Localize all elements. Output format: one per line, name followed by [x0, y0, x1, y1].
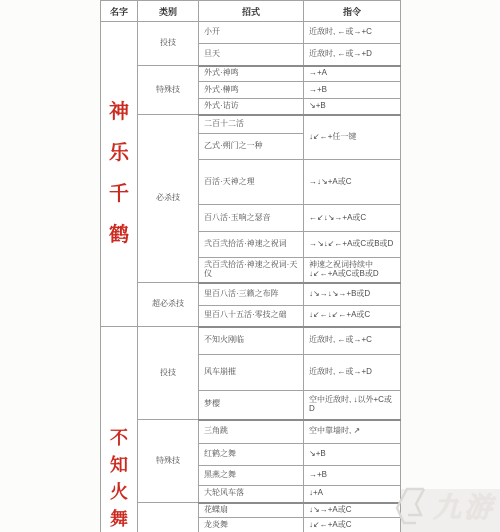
command-cell: ↘+B [304, 99, 401, 115]
move-name-cell: 旦天 [199, 44, 304, 66]
move-row: 超必杀技里百八活·三籁之布阵↓↘→↓↘→+B或D [101, 283, 401, 306]
command-cell: ↓+A [304, 486, 401, 503]
table-header: 名字类别招式指令 [101, 1, 401, 22]
command-cell: ↘+B [304, 444, 401, 466]
move-name-cell: 外式·神鸣 [199, 66, 304, 82]
command-cell: →+B [304, 82, 401, 99]
move-name-cell: 风车崩摧 [199, 355, 304, 391]
move-row: 必杀技二百十二活↓↙←+任一键 [101, 115, 401, 134]
command-cell: 近敌时, ←或→+C [304, 22, 401, 44]
command-cell: ↓↘→+A或C [304, 503, 401, 518]
command-cell: →↘↓↙←+A或C或B或D [304, 232, 401, 258]
character-name: 不知火舞 [104, 425, 134, 532]
move-name-cell: 二百十二活 [199, 115, 304, 134]
command-cell: 空中靠墙时, ↗ [304, 420, 401, 444]
jiuyou-watermark-text: 九游 [433, 486, 495, 526]
command-cell: ↓↘→↓↘→+B或D [304, 283, 401, 306]
jiuyou-logo-icon [395, 487, 429, 525]
command-cell: 神速之祝词持续中↓↙←+A或C或B或D [304, 258, 401, 283]
move-name-cell: 不知火刚临 [199, 327, 304, 355]
column-header-3: 指令 [304, 1, 401, 22]
command-cell: 近敌时, ←或→+C [304, 327, 401, 355]
move-name-cell: 梦樱 [199, 391, 304, 420]
category-cell [138, 503, 199, 532]
jiuyou-watermark: 九游 [395, 486, 495, 526]
command-cell: ↓↙←+任一键 [304, 115, 401, 160]
move-row: 特殊技三角跳空中靠墙时, ↗ [101, 420, 401, 444]
category-cell: 特殊技 [138, 420, 199, 503]
move-name-cell: 弐百弐拾活·神速之祝词·天仪 [199, 258, 304, 283]
category-cell: 必杀技 [138, 115, 199, 283]
move-name-cell: 里百八活·三籁之布阵 [199, 283, 304, 306]
command-cell: →+B [304, 466, 401, 486]
move-name-cell: 黑燕之舞 [199, 466, 304, 486]
command-cell: 近敌时, ←或→+D [304, 355, 401, 391]
command-cell: ←↙↓↘→+A或C [304, 205, 401, 232]
move-name-cell: 百活·天神之理 [199, 160, 304, 205]
category-cell: 投技 [138, 327, 199, 420]
move-name-cell: 外式·榊鸣 [199, 82, 304, 99]
command-cell: →↓↘+A或C [304, 160, 401, 205]
character-name-cell: 不知火舞 [101, 327, 138, 532]
column-header-0: 名字 [101, 1, 138, 22]
move-row: 不知火舞投技不知火刚临近敌时, ←或→+C [101, 327, 401, 355]
move-row: 特殊技外式·神鸣→+A [101, 66, 401, 82]
move-name-cell: 乙式·朔门之一种 [199, 134, 304, 160]
move-name-cell: 红鹤之舞 [199, 444, 304, 466]
move-name-cell: 弐百弐拾活·神速之祝词 [199, 232, 304, 258]
move-name-cell: 里百八十五活·零技之础 [199, 306, 304, 327]
column-header-1: 类别 [138, 1, 199, 22]
move-name-cell: 大轮风车落 [199, 486, 304, 503]
move-name-cell: 花蝶扇 [199, 503, 304, 518]
move-name-cell: 外式·诘访 [199, 99, 304, 115]
header-row: 名字类别招式指令 [101, 1, 401, 22]
move-name-cell: 三角跳 [199, 420, 304, 444]
move-row: 花蝶扇↓↘→+A或C [101, 503, 401, 518]
column-header-2: 招式 [199, 1, 304, 22]
command-cell: ↓↙←↓↙←+A或C [304, 306, 401, 327]
command-cell: 近敌时, ←或→+D [304, 44, 401, 66]
command-cell: ↓↙←+A或C [304, 518, 401, 532]
category-cell: 特殊技 [138, 66, 199, 115]
table-body: 神乐千鹤投技小开近敌时, ←或→+C旦天近敌时, ←或→+D特殊技外式·神鸣→+… [101, 22, 401, 532]
move-list-table-wrapper: 名字类别招式指令 神乐千鹤投技小开近敌时, ←或→+C旦天近敌时, ←或→+D特… [100, 0, 401, 532]
category-cell: 超必杀技 [138, 283, 199, 327]
category-cell: 投技 [138, 22, 199, 66]
character-name-cell: 神乐千鹤 [101, 22, 138, 327]
move-row: 神乐千鹤投技小开近敌时, ←或→+C [101, 22, 401, 44]
move-name-cell: 百八活·玉响之瑟音 [199, 205, 304, 232]
move-name-cell: 龙炎舞 [199, 518, 304, 532]
move-list-table: 名字类别招式指令 神乐千鹤投技小开近敌时, ←或→+C旦天近敌时, ←或→+D特… [100, 0, 401, 532]
command-cell: 空中近敌时, ↓以外+C或D [304, 391, 401, 420]
move-name-cell: 小开 [199, 22, 304, 44]
character-name: 神乐千鹤 [104, 92, 134, 256]
command-cell: →+A [304, 66, 401, 82]
